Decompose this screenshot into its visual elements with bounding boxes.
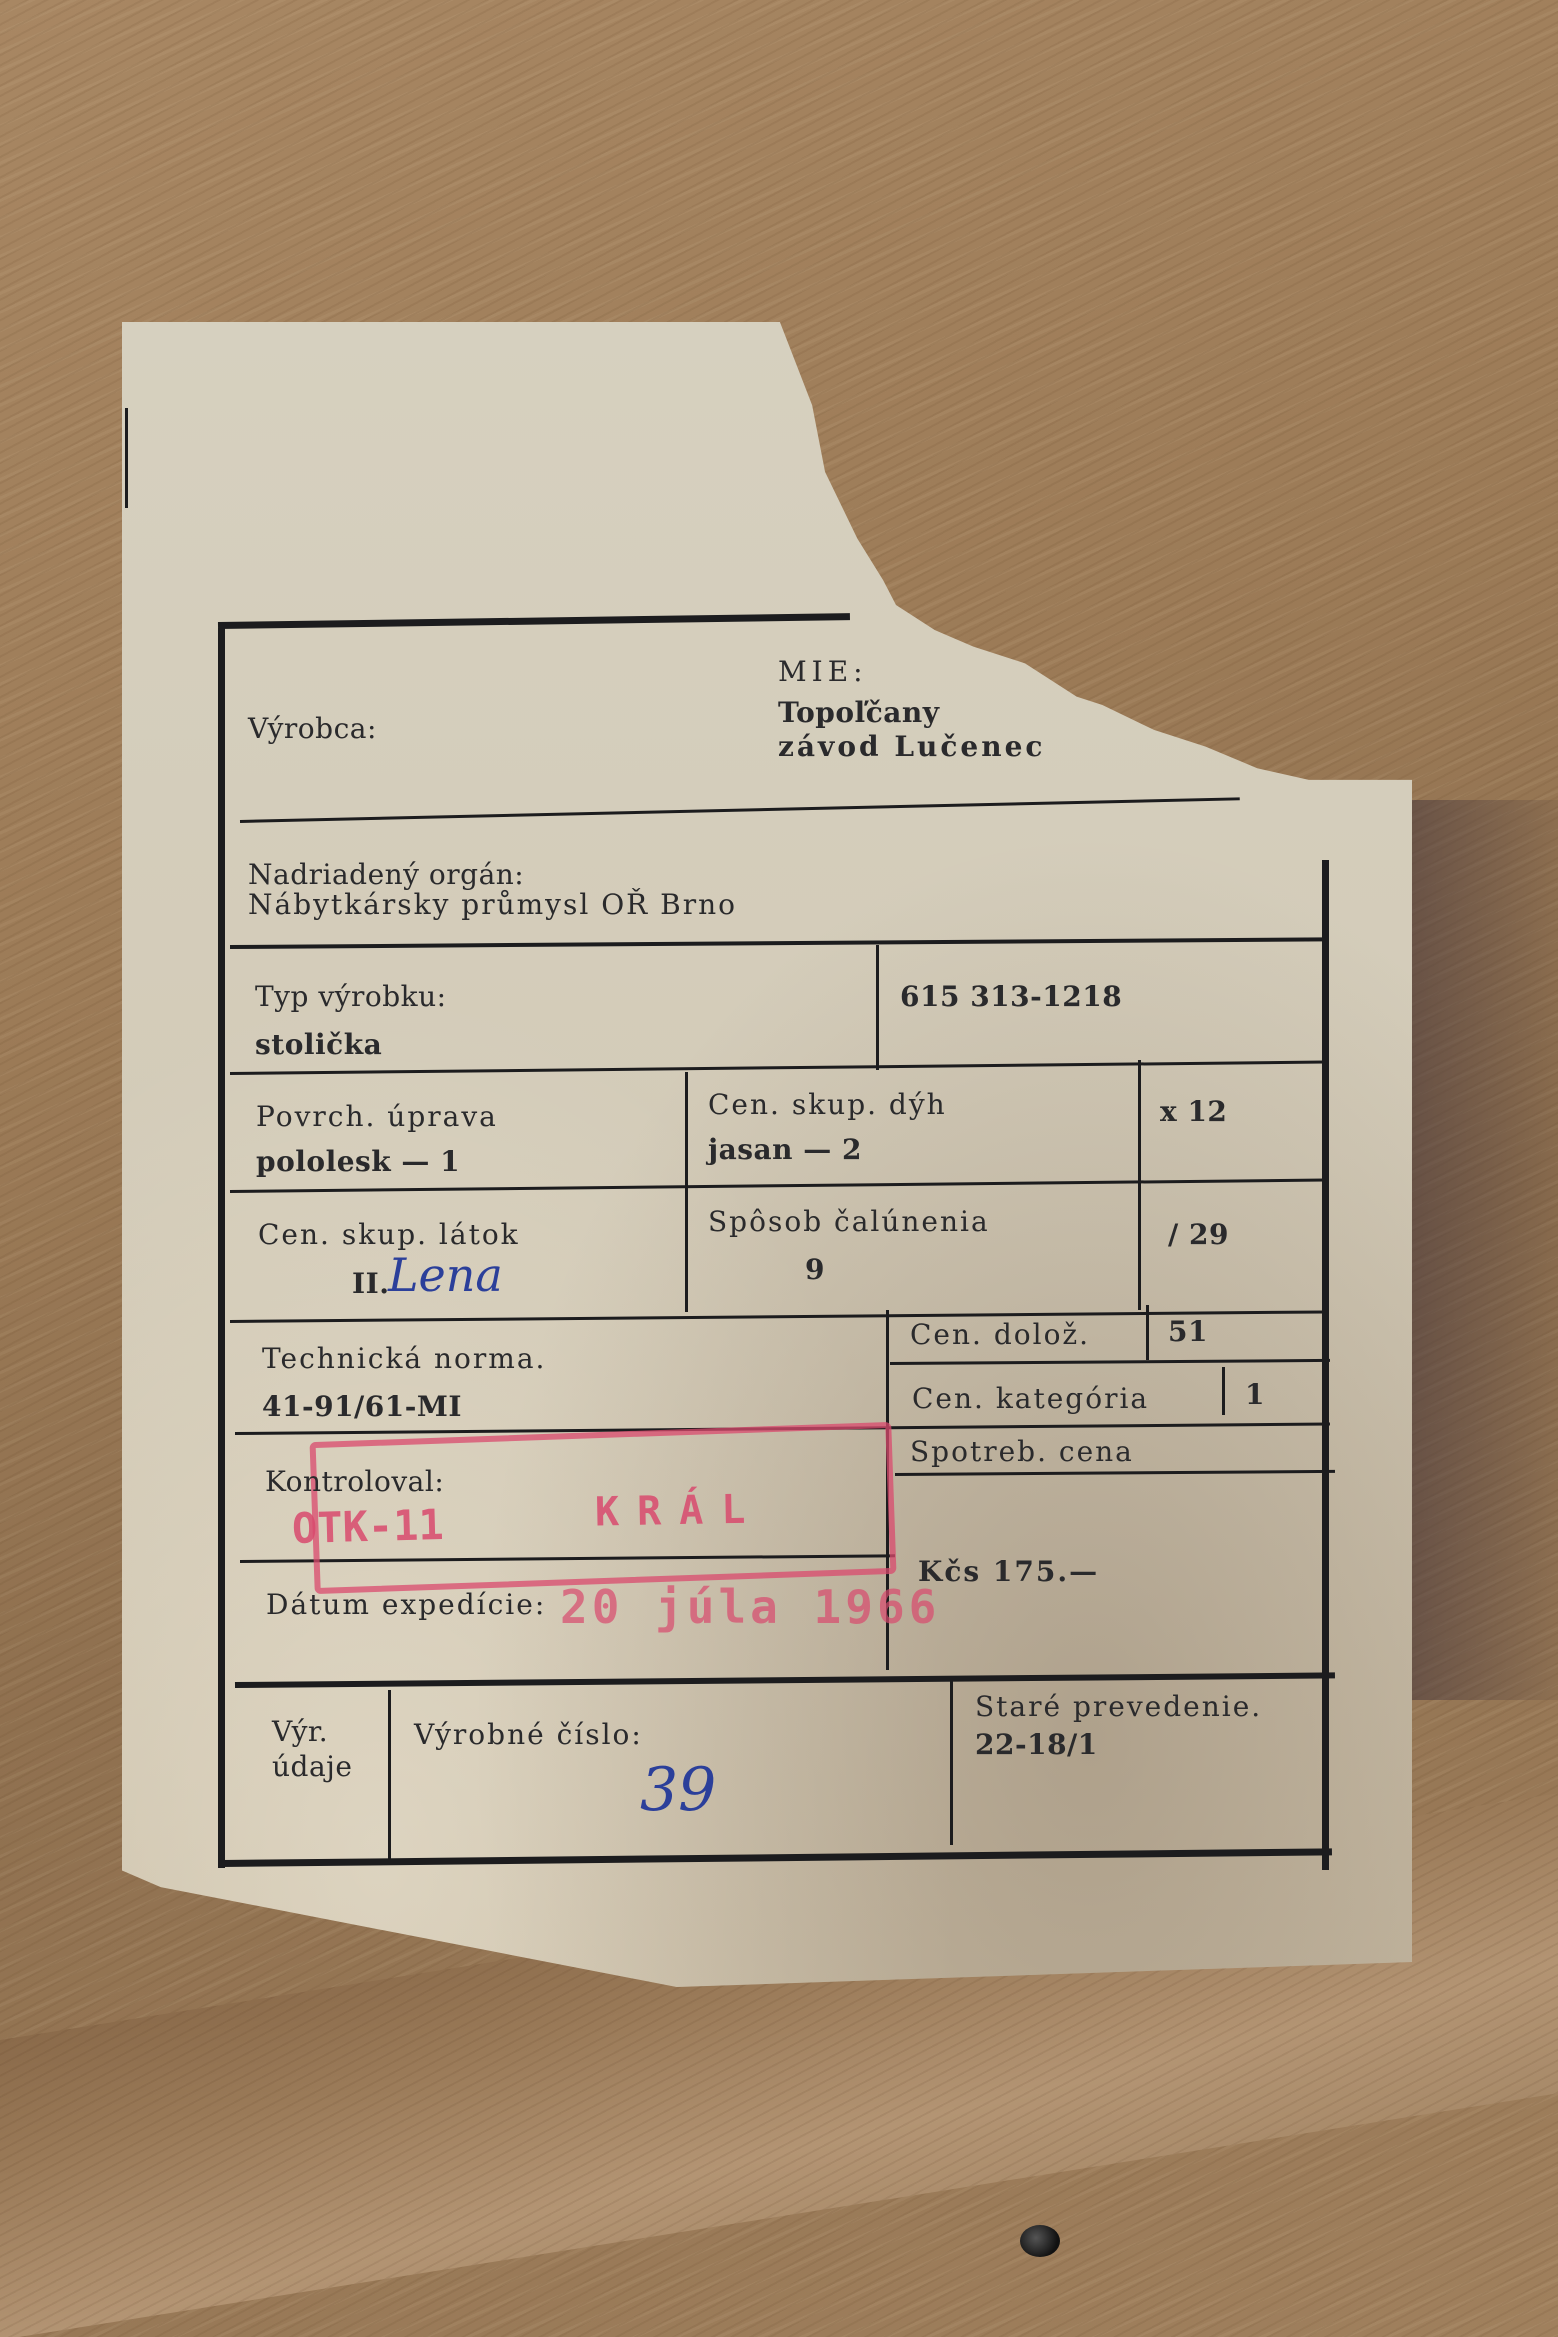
label-box-left-border <box>218 628 225 1868</box>
manufacturer-line-1: MIE: <box>778 655 868 688</box>
manufacturer-label: Výrobca: <box>248 712 377 745</box>
col-separator <box>1146 1305 1149 1360</box>
technical-standard-value: 41-91/61-MI <box>262 1390 462 1423</box>
fabric-price-group-label: Cen. skup. látok <box>258 1218 520 1251</box>
inspected-by-label: Kontroloval: <box>265 1465 444 1498</box>
technical-standard-label: Technická norma. <box>262 1342 546 1375</box>
serial-number-handwritten: 39 <box>640 1755 716 1825</box>
upholstery-extra: / 29 <box>1168 1218 1229 1251</box>
serial-number-label: Výrobné číslo: <box>414 1718 643 1751</box>
veneer-price-group-value: jasan — 2 <box>708 1133 862 1166</box>
shipping-date-stamp: 20 júla 1966 <box>560 1580 940 1634</box>
col-separator <box>950 1680 953 1845</box>
price-supplement-value: 51 <box>1168 1315 1208 1348</box>
veneer-multiplier: x 12 <box>1160 1095 1227 1128</box>
upholstery-method-label: Spôsob čalúnenia <box>708 1205 990 1238</box>
price-category-label: Cen. kategória <box>912 1382 1149 1415</box>
veneer-price-group-label: Cen. skup. dýh <box>708 1088 947 1121</box>
inspection-stamp-name: KRÁL <box>595 1487 764 1536</box>
price-category-value: 1 <box>1245 1378 1265 1411</box>
surface-finish-value: pololesk — 1 <box>256 1145 460 1178</box>
parent-body-label: Nadriadený orgán: <box>248 858 524 891</box>
consumer-price-label: Spotreb. cena <box>910 1435 1134 1468</box>
product-type-value: stolička <box>255 1028 382 1061</box>
fabric-name-handwritten: Lena <box>388 1248 503 1302</box>
old-design-label: Staré prevedenie. <box>975 1690 1262 1723</box>
parent-body-value: Nábytkársky průmysl OŘ Brno <box>248 888 737 921</box>
col-separator <box>876 945 879 1070</box>
inspection-stamp-code: OTK-11 <box>291 1500 444 1553</box>
stray-print-line <box>125 408 128 508</box>
old-design-value: 22-18/1 <box>975 1728 1098 1761</box>
col-separator <box>685 1072 688 1312</box>
col-separator <box>388 1690 391 1860</box>
price-supplement-label: Cen. dolož. <box>910 1318 1090 1351</box>
fabric-price-group-roman: II. <box>352 1267 389 1300</box>
wood-dark-patch <box>1412 800 1558 1700</box>
col-separator <box>1222 1367 1225 1415</box>
label-box-right-border <box>1322 860 1329 1870</box>
surface-finish-label: Povrch. úprava <box>256 1100 498 1133</box>
product-type-label: Typ výrobku: <box>255 980 447 1013</box>
product-code: 615 313-1218 <box>900 980 1122 1013</box>
shipping-date-label: Dátum expedície: <box>266 1588 546 1621</box>
col-separator <box>1138 1060 1141 1310</box>
consumer-price-value: Kčs 175.— <box>918 1555 1099 1588</box>
screw-head <box>1020 2225 1060 2257</box>
upholstery-method-value: 9 <box>805 1253 825 1286</box>
manufacturer-line-3: závod Lučenec <box>778 730 1045 763</box>
manufacturer-line-2: Topoľčany <box>778 696 940 729</box>
production-data-label-1: Výr. <box>272 1715 328 1748</box>
production-data-label-2: údaje <box>272 1750 352 1783</box>
